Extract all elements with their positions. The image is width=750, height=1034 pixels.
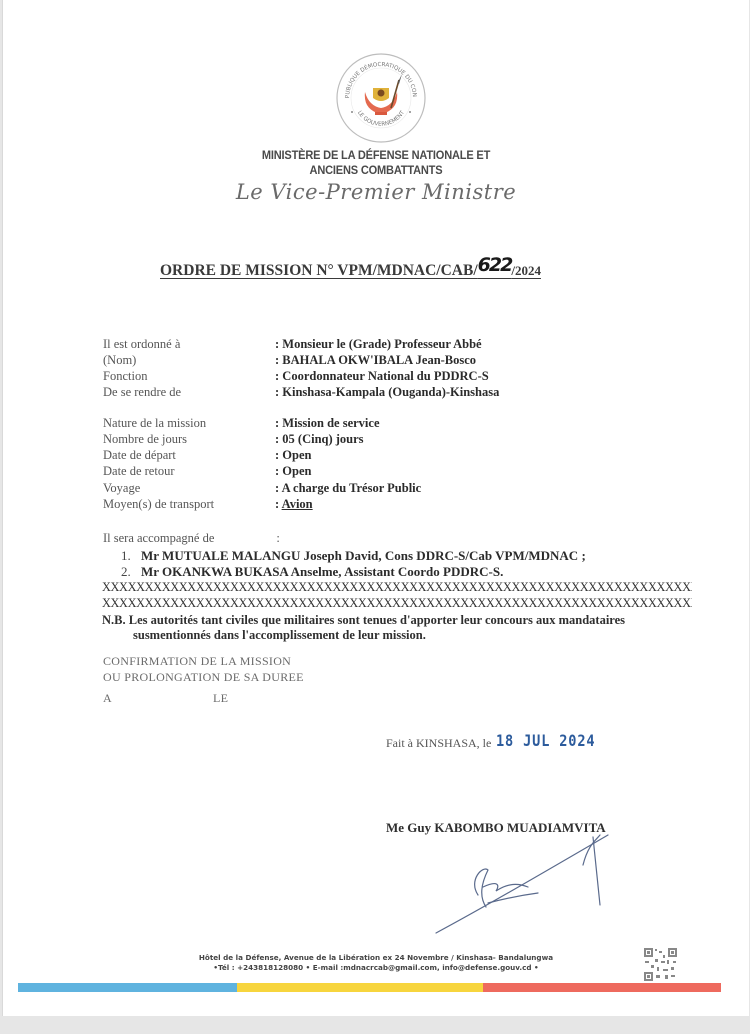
field-value: : Mission de service <box>275 415 380 431</box>
footer-contact: Hôtel de la Défense, Avenue de la Libéra… <box>3 953 749 973</box>
field-value: : BAHALA OKW'IBALA Jean-Bosco <box>275 352 476 368</box>
field-label: De se rendre de <box>103 384 181 400</box>
coat-of-arms-seal-icon: RÉPUBLIQUE DÉMOCRATIQUE DU CONGO LE GOUV… <box>335 52 427 144</box>
nb-note-line-1: N.B. Les autorités tant civiles que mili… <box>102 612 625 628</box>
transport-value: Avion <box>282 497 313 511</box>
field-value: : Coordonnateur National du PDDRC-S <box>275 368 489 384</box>
field-value: : Open <box>275 463 311 479</box>
accompaniment-colon: : <box>276 531 279 545</box>
document-page: RÉPUBLIQUE DÉMOCRATIQUE DU CONGO LE GOUV… <box>2 0 749 1016</box>
mission-number: 622 <box>478 254 512 276</box>
field-value: : Monsieur le (Grade) Professeur Abbé <box>275 336 482 352</box>
accompaniment-label: Il sera accompagné de: <box>103 531 280 546</box>
field-label: Nombre de jours <box>103 431 187 447</box>
date-stamp: 18 JUL 2024 <box>496 731 595 750</box>
field-value: : Open <box>275 447 311 463</box>
nb-note-line-2: susmentionnés dans l'accomplissement de … <box>133 628 426 643</box>
place-label: Fait à KINSHASA, le <box>386 736 491 751</box>
field-label: Moyen(s) de transport <box>103 496 214 512</box>
field-value: : Avion <box>275 496 313 512</box>
confirmation-line-1: CONFIRMATION DE LA MISSION <box>103 654 291 669</box>
ministry-name: MINISTÈRE DE LA DÉFENSE NATIONALE ET ANC… <box>33 148 719 178</box>
footer-address: Hôtel de la Défense, Avenue de la Libéra… <box>3 953 749 963</box>
field-label: Fonction <box>103 368 147 384</box>
field-label: Date de départ <box>103 447 176 463</box>
accompaniment-text: Il sera accompagné de <box>103 531 214 545</box>
title-year: /2024 <box>511 263 541 278</box>
document-title: ORDRE DE MISSION N° VPM/MDNAC/CAB/622/20… <box>160 258 541 280</box>
list-number: 1. <box>121 548 141 564</box>
filler-line: XXXXXXXXXXXXXXXXXXXXXXXXXXXXXXXXXXXXXXXX… <box>102 596 692 610</box>
field-label: Il est ordonné à <box>103 336 180 352</box>
list-item: 1.Mr MUTUALE MALANGU Joseph David, Cons … <box>121 548 586 564</box>
confirmation-le-label: LE <box>213 691 228 706</box>
office-title: Le Vice-Premier Ministre <box>3 180 749 204</box>
list-number: 2. <box>121 564 141 580</box>
list-text: Mr OKANKWA BUKASA Anselme, Assistant Coo… <box>141 564 503 579</box>
list-item: 2.Mr OKANKWA BUKASA Anselme, Assistant C… <box>121 564 503 580</box>
field-value-prefix: : <box>275 497 282 511</box>
field-label: Date de retour <box>103 463 175 479</box>
field-value: : A charge du Trésor Public <box>275 480 421 496</box>
ministry-line-1: MINISTÈRE DE LA DÉFENSE NATIONALE ET <box>33 148 719 163</box>
list-text: Mr MUTUALE MALANGU Joseph David, Cons DD… <box>141 548 586 563</box>
ministry-line-2: ANCIENS COMBATTANTS <box>33 163 719 178</box>
flag-stripe-red <box>483 983 721 992</box>
flag-stripe-blue <box>18 983 237 992</box>
field-value: : 05 (Cinq) jours <box>275 431 364 447</box>
filler-line: XXXXXXXXXXXXXXXXXXXXXXXXXXXXXXXXXXXXXXXX… <box>102 580 692 594</box>
confirmation-a-label: A <box>103 691 112 706</box>
footer-phone-email: •Tél : +243818128080 • E-mail :mdnacrcab… <box>3 963 749 973</box>
field-label: Nature de la mission <box>103 415 206 431</box>
field-label: Voyage <box>103 480 140 496</box>
confirmation-line-2: OU PROLONGATION DE SA DUREE <box>103 670 304 685</box>
handwritten-signature-icon <box>428 825 628 940</box>
title-prefix: ORDRE DE MISSION N° VPM/MDNAC/CAB/ <box>160 262 478 279</box>
qr-code-icon <box>643 947 678 982</box>
field-value: : Kinshasa-Kampala (Ouganda)-Kinshasa <box>275 384 499 400</box>
field-label: (Nom) <box>103 352 136 368</box>
flag-stripe-yellow <box>237 983 483 992</box>
